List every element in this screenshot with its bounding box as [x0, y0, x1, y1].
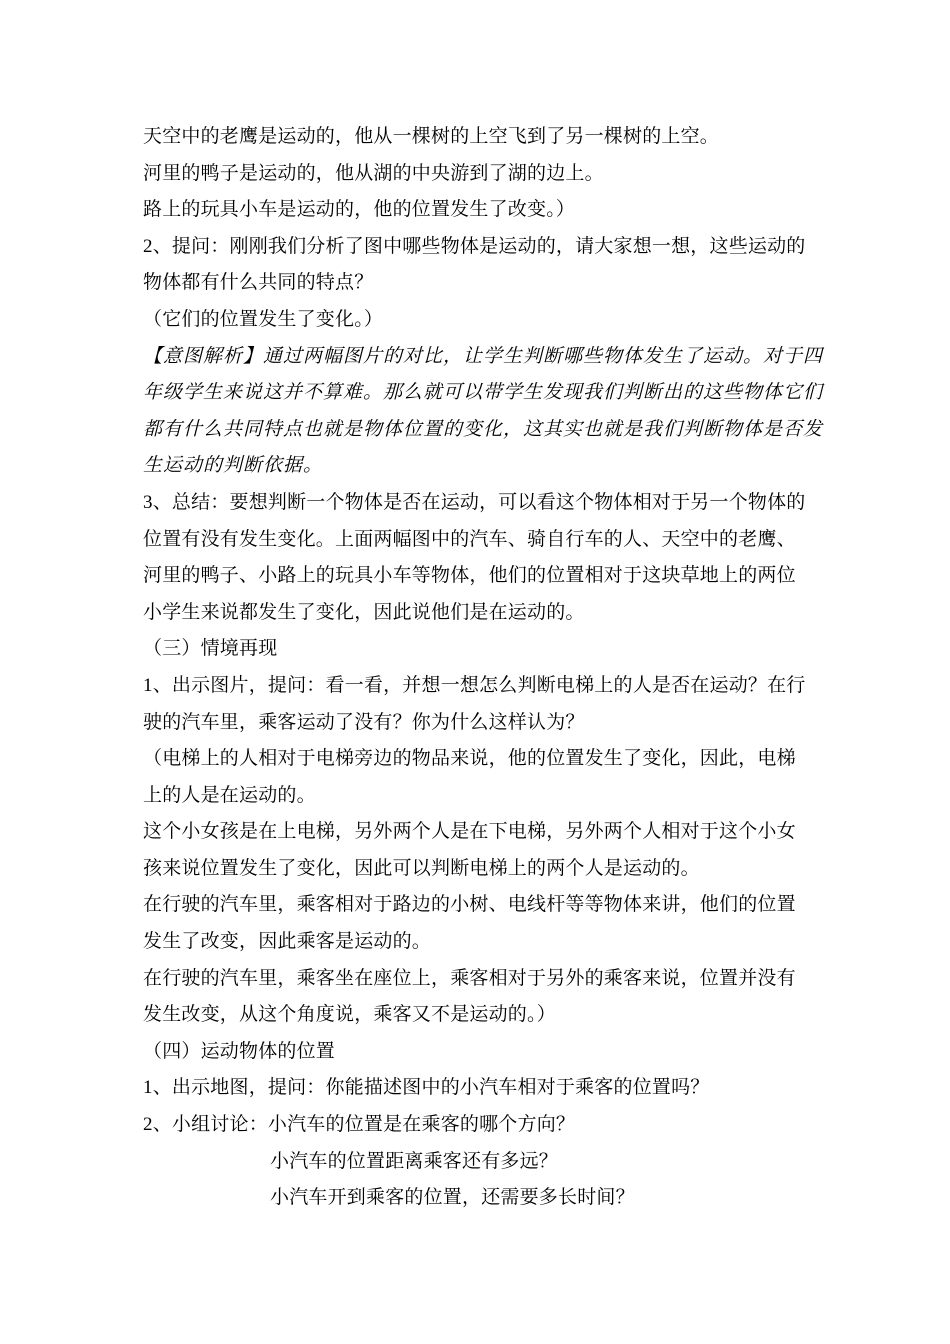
text-line-12: 位置有没有发生变化。上面两幅图中的汽车、骑自行车的人、天空中的老鹰、 — [143, 522, 843, 559]
text-line-18: （电梯上的人相对于电梯旁边的物品来说，他的位置发生了变化，因此，电梯 — [143, 741, 843, 778]
text-line-15: （三）情境再现 — [143, 631, 843, 668]
text-line-13: 河里的鸭子、小路上的玩具小车等物体，他们的位置相对于这块草地上的两位 — [143, 558, 843, 595]
text-line-11: 3、总结：要想判断一个物体是否在运动，可以看这个物体相对于另一个物体的 — [143, 485, 843, 522]
text-line-22: 在行驶的汽车里，乘客相对于路边的小树、电线杆等等物体来讲，他们的位置 — [143, 887, 843, 924]
text-line-10: 生运动的判断依据。 — [143, 448, 843, 485]
lesson-plan-text-block: 天空中的老鹰是运动的，他从一棵树的上空飞到了另一棵树的上空。河里的鸭子是运动的，… — [143, 119, 843, 1217]
text-line-29: 小汽车的位置距离乘客还有多远？ — [143, 1144, 843, 1181]
text-line-21: 孩来说位置发生了变化，因此可以判断电梯上的两个人是运动的。 — [143, 851, 843, 888]
text-line-8: 年级学生来说这并不算难。那么就可以带学生发现我们判断出的这些物体它们 — [143, 375, 843, 412]
text-line-23: 发生了改变，因此乘客是运动的。 — [143, 924, 843, 961]
text-line-17: 驶的汽车里，乘客运动了没有？你为什么这样认为？ — [143, 705, 843, 742]
text-line-28: 2、小组讨论：小汽车的位置是在乘客的哪个方向？ — [143, 1107, 843, 1144]
text-line-4: 2、提问：刚刚我们分析了图中哪些物体是运动的，请大家想一想，这些运动的 — [143, 229, 843, 266]
text-line-1: 天空中的老鹰是运动的，他从一棵树的上空飞到了另一棵树的上空。 — [143, 119, 843, 156]
text-line-26: （四）运动物体的位置 — [143, 1034, 843, 1071]
text-line-2: 河里的鸭子是运动的，他从湖的中央游到了湖的边上。 — [143, 156, 843, 193]
text-line-25: 发生改变，从这个角度说，乘客又不是运动的。） — [143, 997, 843, 1034]
text-line-6: （它们的位置发生了变化。） — [143, 302, 843, 339]
text-line-14: 小学生来说都发生了变化，因此说他们是在运动的。 — [143, 595, 843, 632]
text-line-7: 【意图解析】通过两幅图片的对比，让学生判断哪些物体发生了运动。对于四 — [143, 339, 843, 376]
text-line-3: 路上的玩具小车是运动的，他的位置发生了改变。） — [143, 192, 843, 229]
text-line-30: 小汽车开到乘客的位置，还需要多长时间？ — [143, 1180, 843, 1217]
text-line-27: 1、出示地图，提问：你能描述图中的小汽车相对于乘客的位置吗？ — [143, 1070, 843, 1107]
text-line-24: 在行驶的汽车里，乘客坐在座位上，乘客相对于另外的乘客来说，位置并没有 — [143, 961, 843, 998]
text-line-9: 都有什么共同特点也就是物体位置的变化，这其实也就是我们判断物体是否发 — [143, 412, 843, 449]
text-line-5: 物体都有什么共同的特点？ — [143, 265, 843, 302]
text-line-16: 1、出示图片，提问：看一看，并想一想怎么判断电梯上的人是否在运动？在行 — [143, 668, 843, 705]
text-line-19: 上的人是在运动的。 — [143, 778, 843, 815]
text-line-20: 这个小女孩是在上电梯，另外两个人是在下电梯，另外两个人相对于这个小女 — [143, 814, 843, 851]
document-page: 天空中的老鹰是运动的，他从一棵树的上空飞到了另一棵树的上空。河里的鸭子是运动的，… — [0, 0, 950, 1344]
